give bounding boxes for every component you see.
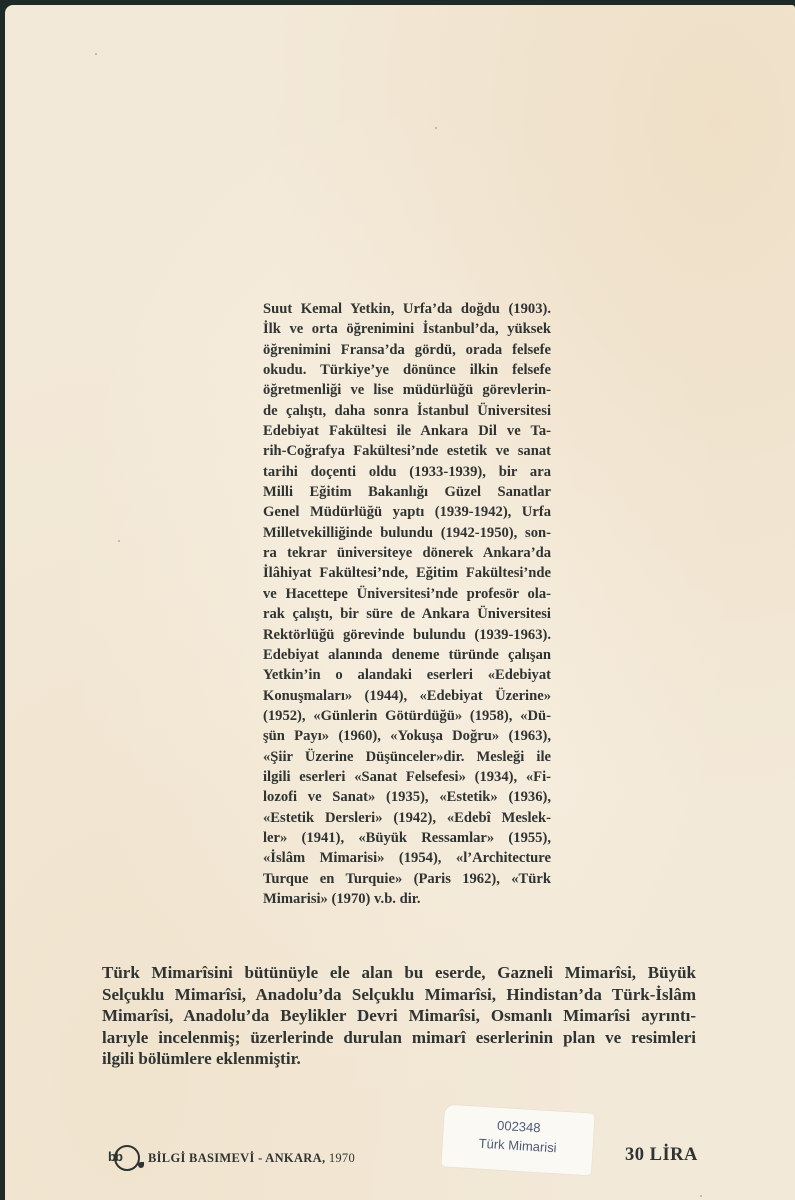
price-label: 30 LİRA bbox=[625, 1145, 698, 1166]
publisher-label: BİLGİ BASIMEVİ - ANKARA, bbox=[148, 1151, 325, 1165]
bio-line: tarihi doçenti oldu (1933-1939), bir ara bbox=[263, 462, 551, 482]
bio-line: öğretmenliği ve lise müdürlüğü görevleri… bbox=[263, 380, 551, 400]
description-line: Türk Mimarîsini bütünüyle ele alan bu es… bbox=[102, 962, 696, 984]
logo-tail bbox=[138, 1162, 144, 1168]
publisher-imprint: bb BİLGİ BASIMEVİ - ANKARA, 1970 bbox=[108, 1145, 355, 1171]
description-line: Selçuklu Mimarîsi, Anadolu’da Selçuklu M… bbox=[102, 984, 696, 1006]
description-line: ilgili bölümlere eklenmiştir. bbox=[102, 1048, 696, 1070]
bio-line: Suut Kemal Yetkin, Urfa’da doğdu (1903). bbox=[263, 299, 551, 319]
bio-line: Konuşmaları» (1944), «Edebiyat Üzerine» bbox=[263, 686, 551, 706]
bio-line: Turque en Turquie» (Paris 1962), «Türk bbox=[263, 869, 551, 889]
bio-line: ilgili eserleri «Sanat Felsefesi» (1934)… bbox=[263, 767, 551, 787]
publisher-logo-icon: bb bbox=[108, 1145, 144, 1171]
description-line: larıyle incelenmiş; üzerlerinde durulan … bbox=[102, 1027, 696, 1049]
paper-speck bbox=[435, 127, 437, 129]
bio-line: İlk ve orta öğrenimini İstanbul’da, yüks… bbox=[263, 319, 551, 339]
bio-line: «Estetik Dersleri» (1942), «Edebî Meslek… bbox=[263, 808, 551, 828]
bio-line: Milli Eğitim Bakanlığı Güzel Sanatlar bbox=[263, 482, 551, 502]
bio-line: şün Payı» (1960), «Yokuşa Doğru» (1963), bbox=[263, 726, 551, 746]
publisher-name: BİLGİ BASIMEVİ - ANKARA, 1970 bbox=[148, 1151, 355, 1166]
bio-line: okudu. Türkiye’ye dönünce ilkin felsefe bbox=[263, 360, 551, 380]
bio-line: Edebiyat alanında deneme türünde çalışan bbox=[263, 645, 551, 665]
bio-line: lozofi ve Sanat» (1935), «Estetik» (1936… bbox=[263, 787, 551, 807]
logo-mark: bb bbox=[108, 1149, 122, 1164]
paper-speck bbox=[700, 1195, 702, 1197]
bio-line: de çalıştı, daha sonra İstanbul Üniversi… bbox=[263, 401, 551, 421]
bio-line: Rektörlüğü görevinde bulundu (1939-1963)… bbox=[263, 625, 551, 645]
bio-line: Genel Müdürlüğü yaptı (1939-1942), Urfa bbox=[263, 502, 551, 522]
bio-line: Edebiyat Fakültesi ile Ankara Dil ve Ta- bbox=[263, 421, 551, 441]
bio-line: rak çalıştı, bir süre de Ankara Üniversi… bbox=[263, 604, 551, 624]
book-description: Türk Mimarîsini bütünüyle ele alan bu es… bbox=[102, 962, 696, 1070]
description-line: Mimarîsi, Anadolu’da Beylikler Devri Mim… bbox=[102, 1005, 696, 1027]
bio-line: ler» (1941), «Büyük Ressamlar» (1955), bbox=[263, 828, 551, 848]
publication-year: 1970 bbox=[329, 1151, 355, 1165]
bio-line: ve Hacettepe Üniversitesi’nde profesör o… bbox=[263, 584, 551, 604]
bio-line: rih-Coğrafya Fakültesi’nde estetik ve sa… bbox=[263, 441, 551, 461]
bio-line: «İslâm Mimarisi» (1954), «l’Architecture bbox=[263, 848, 551, 868]
paper-speck bbox=[118, 540, 120, 542]
bio-line: (1952), «Günlerin Götürdüğü» (1958), «Dü… bbox=[263, 706, 551, 726]
back-cover-page: Suut Kemal Yetkin, Urfa’da doğdu (1903).… bbox=[5, 5, 795, 1200]
bio-line: «Şiir Üzerine Düşünceler»dir. Mesleği il… bbox=[263, 747, 551, 767]
bio-line: öğrenimini Fransa’da gördü, orada felsef… bbox=[263, 340, 551, 360]
paper-speck bbox=[95, 53, 97, 55]
library-sticker: 002348 Türk Mimarisi bbox=[441, 1104, 595, 1175]
bio-line: Mimarisi» (1970) v.b. dir. bbox=[263, 889, 551, 909]
bio-line: Yetkin’in o alandaki eserleri «Edebiyat bbox=[263, 665, 551, 685]
bio-line: Milletvekilliğinde bulundu (1942-1950), … bbox=[263, 523, 551, 543]
author-biography: Suut Kemal Yetkin, Urfa’da doğdu (1903).… bbox=[263, 299, 551, 909]
bio-line: ra tekrar üniversiteye dönerek Ankara’da bbox=[263, 543, 551, 563]
bio-line: İlâhiyat Fakültesi’nde, Eğitim Fakültesi… bbox=[263, 563, 551, 583]
